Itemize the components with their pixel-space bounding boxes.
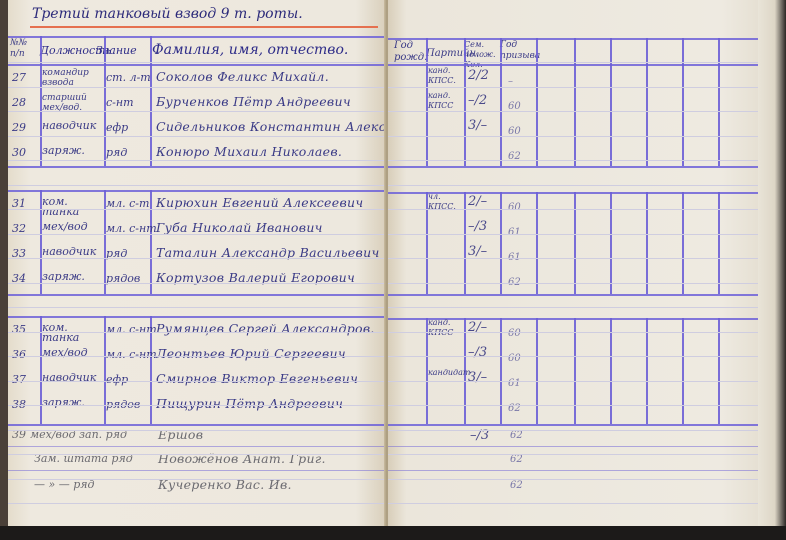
ruled-line [8,160,386,161]
column-line-right [574,318,576,424]
column-line-right [610,192,612,294]
row-position: мех/вод [42,222,104,232]
header-num: №№ п/п [10,38,34,60]
ruled-line [388,307,758,308]
row-full-name: Леонтьев Юрий Сергеевич [156,346,384,361]
extra-row-position: — » — ряд [34,478,95,491]
block-bottom-line-right [388,166,758,168]
block-bottom-line [8,424,386,426]
separator-line [8,470,386,471]
block-top-line [8,316,386,318]
row-full-name: Румянцев Сергей Александров. [156,321,384,336]
ruled-line [388,454,758,455]
row-family-status: 2/2 [468,68,489,83]
row-draft-year: 61 [508,227,521,238]
row-full-name: Бурченков Пётр Андреевич [156,94,384,109]
ruled-line [388,405,758,406]
column-line-right [464,192,466,294]
row-family-status: 3/– [468,244,487,259]
ruled-line [388,185,758,186]
row-full-name: Смирнов Виктор Евгеньевич [156,371,384,386]
ruled-line [8,62,386,63]
row-family-status: 2/– [468,320,487,335]
ruled-line [8,332,386,333]
row-position: наводчик [42,373,104,383]
row-family-status: 2/– [468,194,487,209]
column-line-right [682,38,684,166]
ruled-line [8,430,386,431]
ruled-line [8,381,386,382]
column-line-right [574,38,576,166]
extra-row-draft: 62 [510,454,523,465]
column-line-right [500,318,502,424]
block-bottom-line [8,294,386,296]
row-draft-year: 60 [508,353,521,364]
ruled-line [388,160,758,161]
row-full-name: Сидельников Константин Алексеев. [156,119,384,134]
header-top-line-right [388,38,758,40]
notebook-spread: Третий танковый взвод 9 т. роты. №№ п/п … [0,0,786,540]
column-line-right [536,318,538,424]
header-name: Фамилия, имя, отчество. [152,42,348,58]
row-party: кандидат [428,368,464,378]
ruled-line [8,258,386,259]
row-number: 28 [12,96,26,109]
column-line-right [500,192,502,294]
extra-row-draft: 62 [510,480,523,491]
row-party: канд. КПСС. [428,66,464,86]
ruled-line [388,62,758,63]
row-party: канд. КПСС [428,91,464,111]
block-top-line [8,190,386,192]
ruled-line [388,479,758,480]
row-rank: мл. с-нт [106,348,157,361]
ruled-line [388,234,758,235]
column-line-right [718,192,720,294]
row-rank: ряд [106,146,127,159]
row-position: заряж. [42,272,104,282]
column-line-right [536,38,538,166]
ruled-line [388,356,758,357]
row-number: 35 [12,323,26,336]
separator-line [8,446,386,447]
column-line-right [610,318,612,424]
ruled-line [8,234,386,235]
header-bottom-line [8,64,386,66]
column-line-right [646,318,648,424]
row-family-status: –/3 [468,345,487,360]
row-full-name: Соколов Феликс Михайл. [156,69,384,84]
column-line-right [682,318,684,424]
ruled-line [388,111,758,112]
ruled-line [388,503,758,504]
row-position: командир взвода [42,68,104,88]
right-page: Год рожд. Партийн. Сем. полож. Кол. Год … [388,0,758,532]
ruled-line [8,307,386,308]
row-draft-year: 60 [508,202,521,213]
header-top-line [8,36,386,38]
row-family-status: 3/– [468,118,487,133]
ruled-line [388,430,758,431]
column-line-right [500,38,502,166]
row-position: заряж. [42,146,104,156]
column-line [150,190,152,294]
column-line-right [646,38,648,166]
page-edges [758,0,786,528]
row-number: 36 [12,348,26,361]
title-underline [30,26,378,28]
column-line-right [718,318,720,424]
row-full-name: Кирюхин Евгений Алексеевич [156,195,384,210]
row-rank: ст. л-т [106,71,151,84]
block-bottom-line [8,166,386,168]
left-page: Третий танковый взвод 9 т. роты. №№ п/п … [8,0,386,532]
header-year: Год рожд. [394,40,424,64]
ruled-line [388,332,758,333]
column-line-right [646,192,648,294]
row-party: канд. КПСС [428,318,464,338]
ruled-line [8,405,386,406]
row-position: наводчик [42,121,104,131]
ruled-line [388,136,758,137]
row-rank: ефр [106,121,128,134]
ruled-line [388,283,758,284]
column-line-right [536,192,538,294]
ruled-line [8,283,386,284]
row-position: старший мех/вод. [42,93,104,113]
block-bottom-line-right [388,294,758,296]
page-title: Третий танковый взвод 9 т. роты. [32,6,303,22]
ruled-line [388,87,758,88]
ruled-line [388,381,758,382]
row-position: наводчик [42,247,104,257]
ruled-line [8,209,386,210]
column-line-right [610,38,612,166]
row-number: 29 [12,121,26,134]
ruled-line [8,185,386,186]
column-line-right [682,192,684,294]
column-line-right [574,192,576,294]
ruled-line [8,356,386,357]
row-number: 37 [12,373,26,386]
row-position: заряж. [42,398,104,408]
ruled-line [8,503,386,504]
row-rank: ефр [106,373,128,386]
row-draft-year: – [508,76,513,87]
row-draft-year: 60 [508,328,521,339]
row-position: ком. танка [42,323,104,343]
separator-line-right [388,470,758,471]
block-bottom-line-right [388,424,758,426]
ruled-line [8,87,386,88]
header-draft: Год призыва [500,40,534,62]
row-family-status: –/3 [468,219,487,234]
ruled-line [8,454,386,455]
header-rank: Звание [96,44,137,57]
column-line-right [464,38,466,166]
ruled-line [8,136,386,137]
column-line [150,36,152,166]
ruled-line [388,258,758,259]
row-full-name: Пищурин Пётр Андреевич [156,396,384,411]
book-bottom-shadow [0,526,786,540]
row-rank: мл. с-нт [106,323,157,336]
ruled-line [8,111,386,112]
column-line-right [718,38,720,166]
row-rank: с-нт [106,96,134,109]
row-family-status: 3/– [468,370,487,385]
extra-row-draft: 62 [510,430,523,441]
row-number: 30 [12,146,26,159]
ruled-line [8,479,386,480]
ruled-line [388,209,758,210]
row-full-name: Конюро Михаил Николаев. [156,144,384,159]
separator-line-right [388,446,758,447]
row-number: 27 [12,71,26,84]
row-family-status: –/2 [468,93,487,108]
row-position: ком. танка [42,197,104,217]
